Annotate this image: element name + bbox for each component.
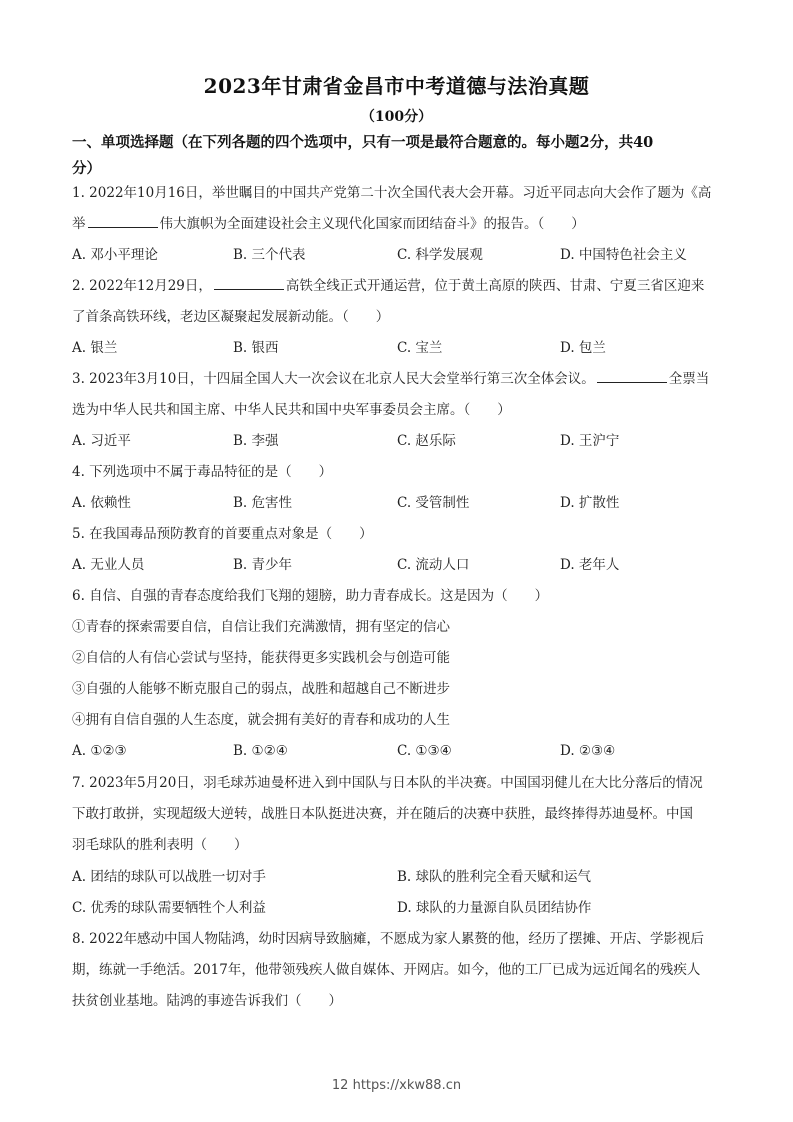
question-text-part: 举 (72, 216, 86, 232)
option-c: C. 宝兰 (397, 339, 442, 357)
question-text: 下敢打敢拼，实现超级大逆转，战胜日本队挺进决赛，并在随后的决赛中获胜，最终捧得苏… (72, 805, 732, 823)
question-text: 6. 自信、自强的青春态度给我们飞翔的翅膀，助力青春成长。这是因为（ ） (72, 587, 732, 605)
option-b: B. 银西 (233, 339, 279, 357)
option-a: A. 邓小平理论 (72, 246, 158, 264)
option-d: D. 扩散性 (560, 494, 619, 512)
statement-3: ③自强的人能够不断克服自己的弱点，战胜和超越自己不断进步 (72, 680, 732, 698)
option-a: A. 银兰 (72, 339, 117, 357)
option-d: D. 球队的力量源自队员团结协作 (397, 899, 591, 917)
question-text-part: 高铁全线正式开通运营，位于黄土高原的陕西、甘肃、宁夏三省区迎来 (286, 278, 705, 294)
option-c: C. 流动人口 (397, 556, 469, 574)
question-text: 8. 2022年感动中国人物陆鸿，幼时因病导致脑瘫，不愿成为家人累赘的他，经历了… (72, 930, 732, 948)
option-c: C. ①③④ (397, 742, 452, 760)
option-a: A. 团结的球队可以战胜一切对手 (72, 868, 266, 886)
option-c: C. 赵乐际 (397, 432, 456, 450)
question-text: 羽毛球队的胜利表明（ ） (72, 836, 732, 854)
statement-4: ④拥有自信自强的人生态度，就会拥有美好的青春和成功的人生 (72, 711, 732, 729)
section-heading: 一、单项选择题（在下列各题的四个选项中，只有一项是最符合题意的。每小题2分，共4… (72, 130, 732, 182)
page-title: 2023年甘肃省金昌市中考道德与法治真题 (0, 70, 793, 99)
footer-url[interactable]: https://xkw88.cn (353, 1078, 462, 1093)
question-text: 选为中华人民共和国主席、中华人民共和国中央军事委员会主席。（ ） (72, 401, 732, 419)
option-a: A. 无业人员 (72, 556, 144, 574)
option-a: A. 依赖性 (72, 494, 131, 512)
option-c: C. 优秀的球队需要牺牲个人利益 (72, 899, 266, 917)
option-d: D. 老年人 (560, 556, 619, 574)
exam-page: 2023年甘肃省金昌市中考道德与法治真题 （100分） 一、单项选择题（在下列各… (0, 0, 793, 1122)
option-b: B. 青少年 (233, 556, 292, 574)
question-text: 举伟大旗帜为全面建设社会主义现代化国家而团结奋斗》的报告。（ ） (72, 215, 732, 233)
question-text: 3. 2023年3月10日，十四届全国人大一次会议在北京人民大会堂举行第三次全体… (72, 370, 732, 388)
option-b: B. 危害性 (233, 494, 292, 512)
fill-blank (597, 370, 667, 383)
question-text: 扶贫创业基地。陆鸿的事迹告诉我们（ ） (72, 992, 732, 1010)
option-c: C. 科学发展观 (397, 246, 483, 264)
question-text: 了首条高铁环线，老边区凝聚起发展新动能。（ ） (72, 308, 732, 326)
question-text-part: 3. 2023年3月10日，十四届全国人大一次会议在北京人民大会堂举行第三次全体… (72, 371, 595, 387)
fill-blank (88, 215, 158, 228)
option-d: D. 包兰 (560, 339, 606, 357)
total-score: （100分） (0, 106, 793, 126)
option-b: B. 三个代表 (233, 246, 306, 264)
option-a: A. ①②③ (72, 742, 127, 760)
option-b: B. 李强 (233, 432, 279, 450)
statement-2: ②自信的人有信心尝试与坚持，能获得更多实践机会与创造可能 (72, 649, 732, 667)
page-number: 12 (332, 1078, 349, 1093)
question-text: 2. 2022年12月29日，高铁全线正式开通运营，位于黄土高原的陕西、甘肃、宁… (72, 277, 732, 295)
statement-1: ①青春的探索需要自信，自信让我们充满激情，拥有坚定的信心 (72, 618, 732, 636)
page-footer: 12 https://xkw88.cn (0, 1078, 793, 1093)
fill-blank (214, 277, 284, 290)
option-d: D. 王沪宁 (560, 432, 619, 450)
section-heading-line-1: 一、单项选择题（在下列各题的四个选项中，只有一项是最符合题意的。每小题2分，共4… (72, 130, 732, 156)
question-text-part: 全票当 (669, 371, 710, 387)
option-c: C. 受管制性 (397, 494, 469, 512)
option-b: B. ①②④ (233, 742, 288, 760)
option-d: D. ②③④ (560, 742, 615, 760)
question-text-part: 2. 2022年12月29日， (72, 278, 212, 294)
question-text: 期，练就一手绝活。2017年，他带领残疾人做自媒体、开网店。如今，他的工厂已成为… (72, 961, 732, 979)
section-heading-line-2: 分） (72, 156, 732, 182)
option-d: D. 中国特色社会主义 (560, 246, 687, 264)
question-text: 5. 在我国毒品预防教育的首要重点对象是（ ） (72, 525, 732, 543)
question-text-part: 伟大旗帜为全面建设社会主义现代化国家而团结奋斗》的报告。（ ） (160, 216, 585, 232)
option-a: A. 习近平 (72, 432, 131, 450)
option-b: B. 球队的胜利完全看天赋和运气 (397, 868, 591, 886)
question-text: 1. 2022年10月16日，举世瞩目的中国共产党第二十次全国代表大会开幕。习近… (72, 184, 732, 202)
question-text: 7. 2023年5月20日，羽毛球苏迪曼杯进入到中国队与日本队的半决赛。中国国羽… (72, 774, 732, 792)
question-text: 4. 下列选项中不属于毒品特征的是（ ） (72, 463, 732, 481)
